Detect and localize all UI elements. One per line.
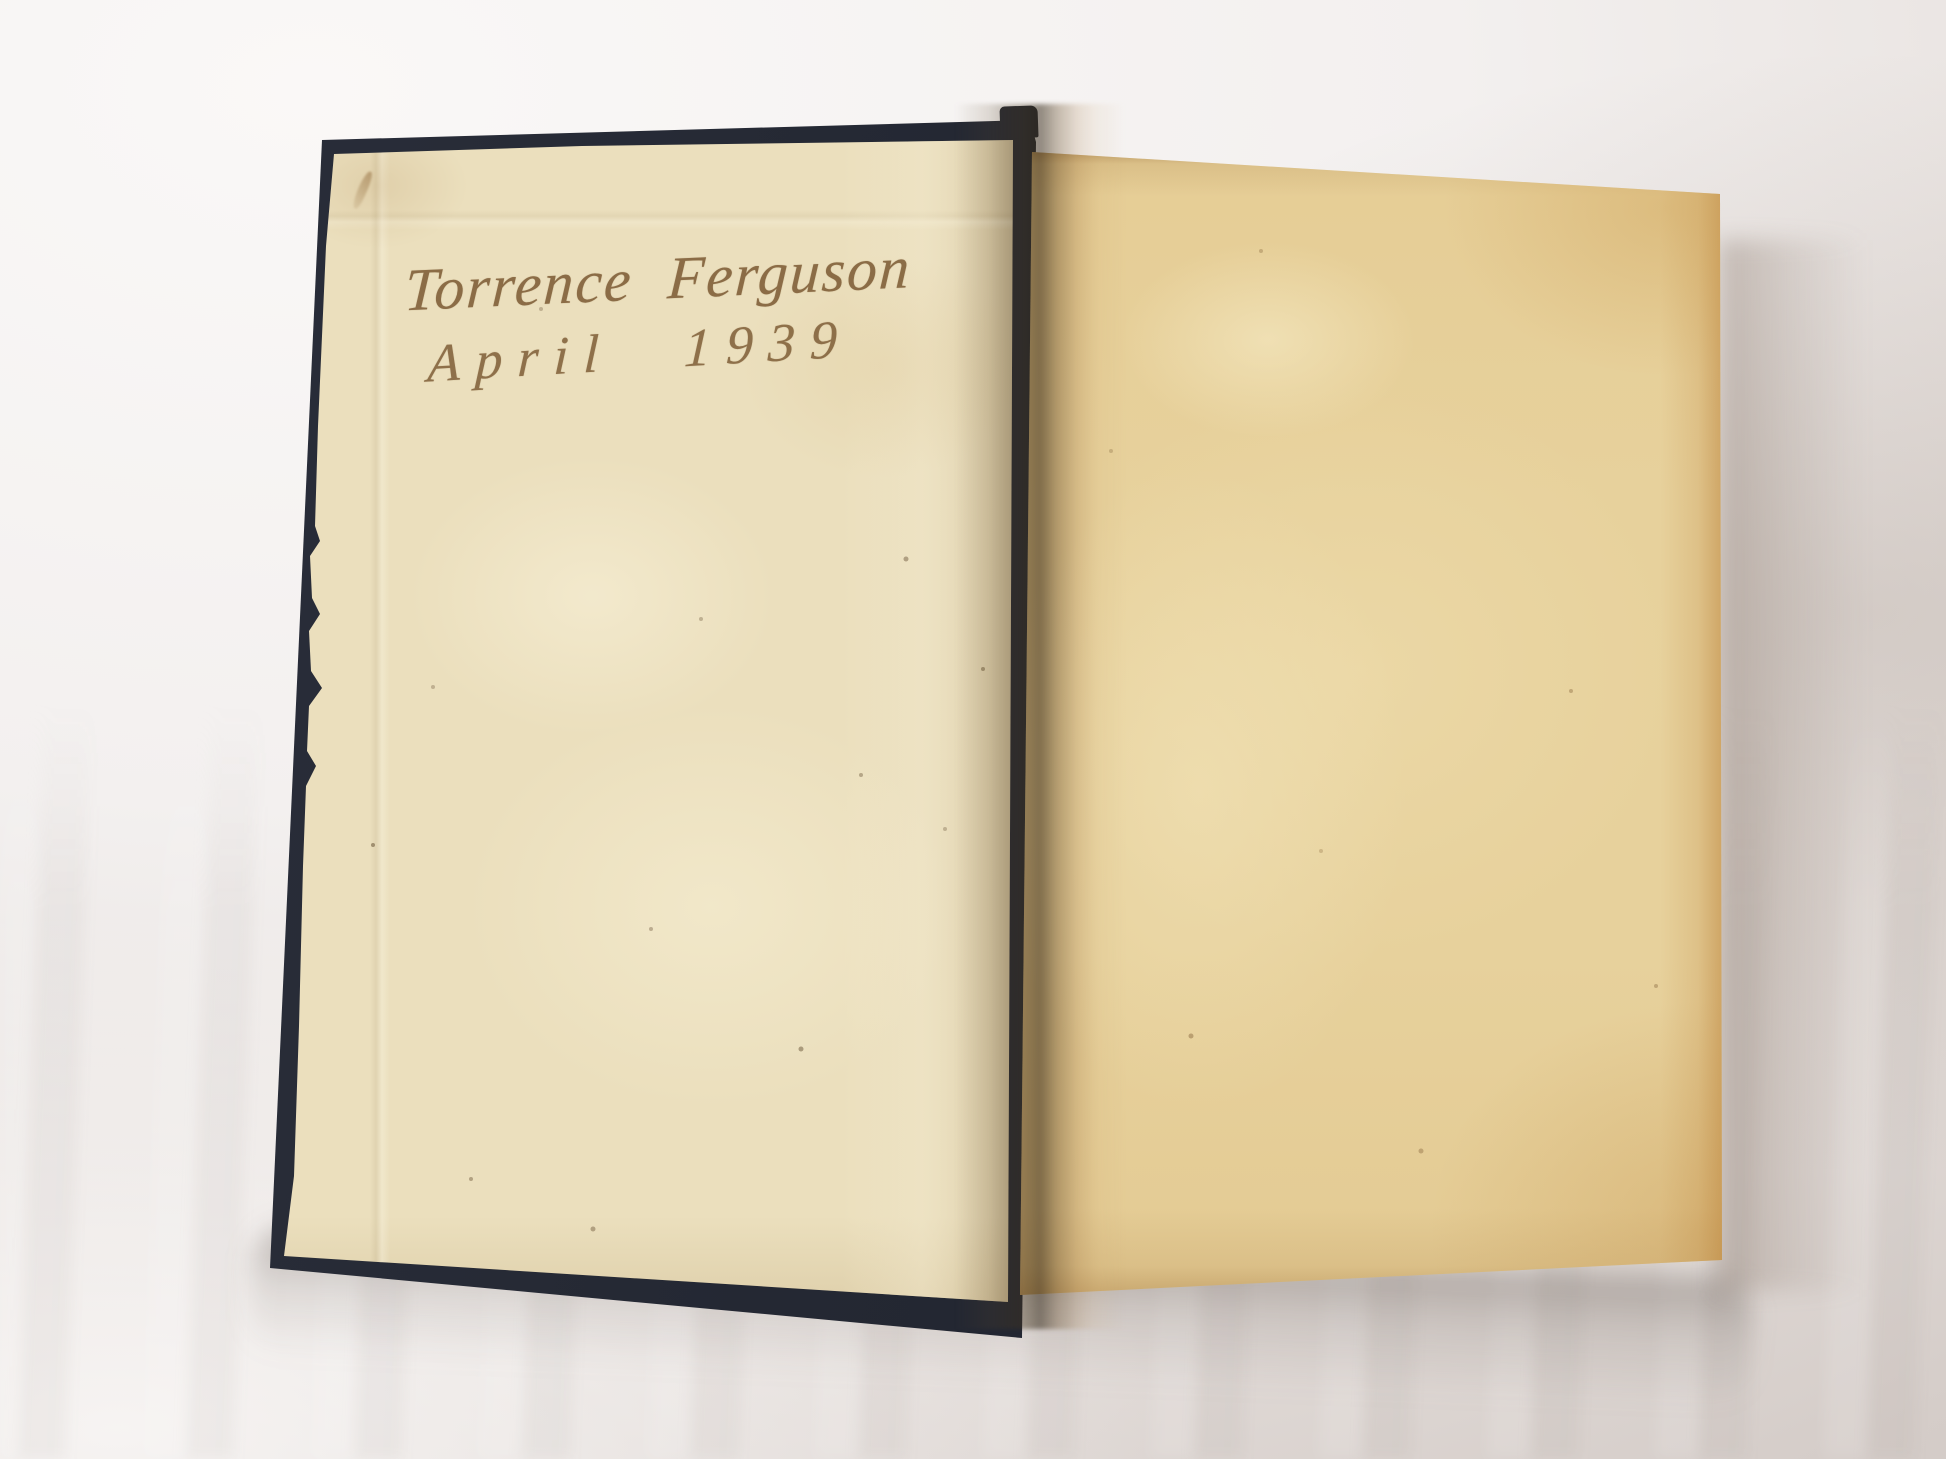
ink-smudge-stain <box>350 170 374 210</box>
photograph: Torrence Ferguson April 1939 <box>0 0 1946 1459</box>
handwritten-inscription: Torrence Ferguson April 1939 <box>397 228 1042 392</box>
left-pastedown-endpaper: Torrence Ferguson April 1939 <box>282 126 1016 1306</box>
page-cast-shadow-right <box>1720 240 1895 1290</box>
gutter-shadow <box>955 104 1125 1329</box>
